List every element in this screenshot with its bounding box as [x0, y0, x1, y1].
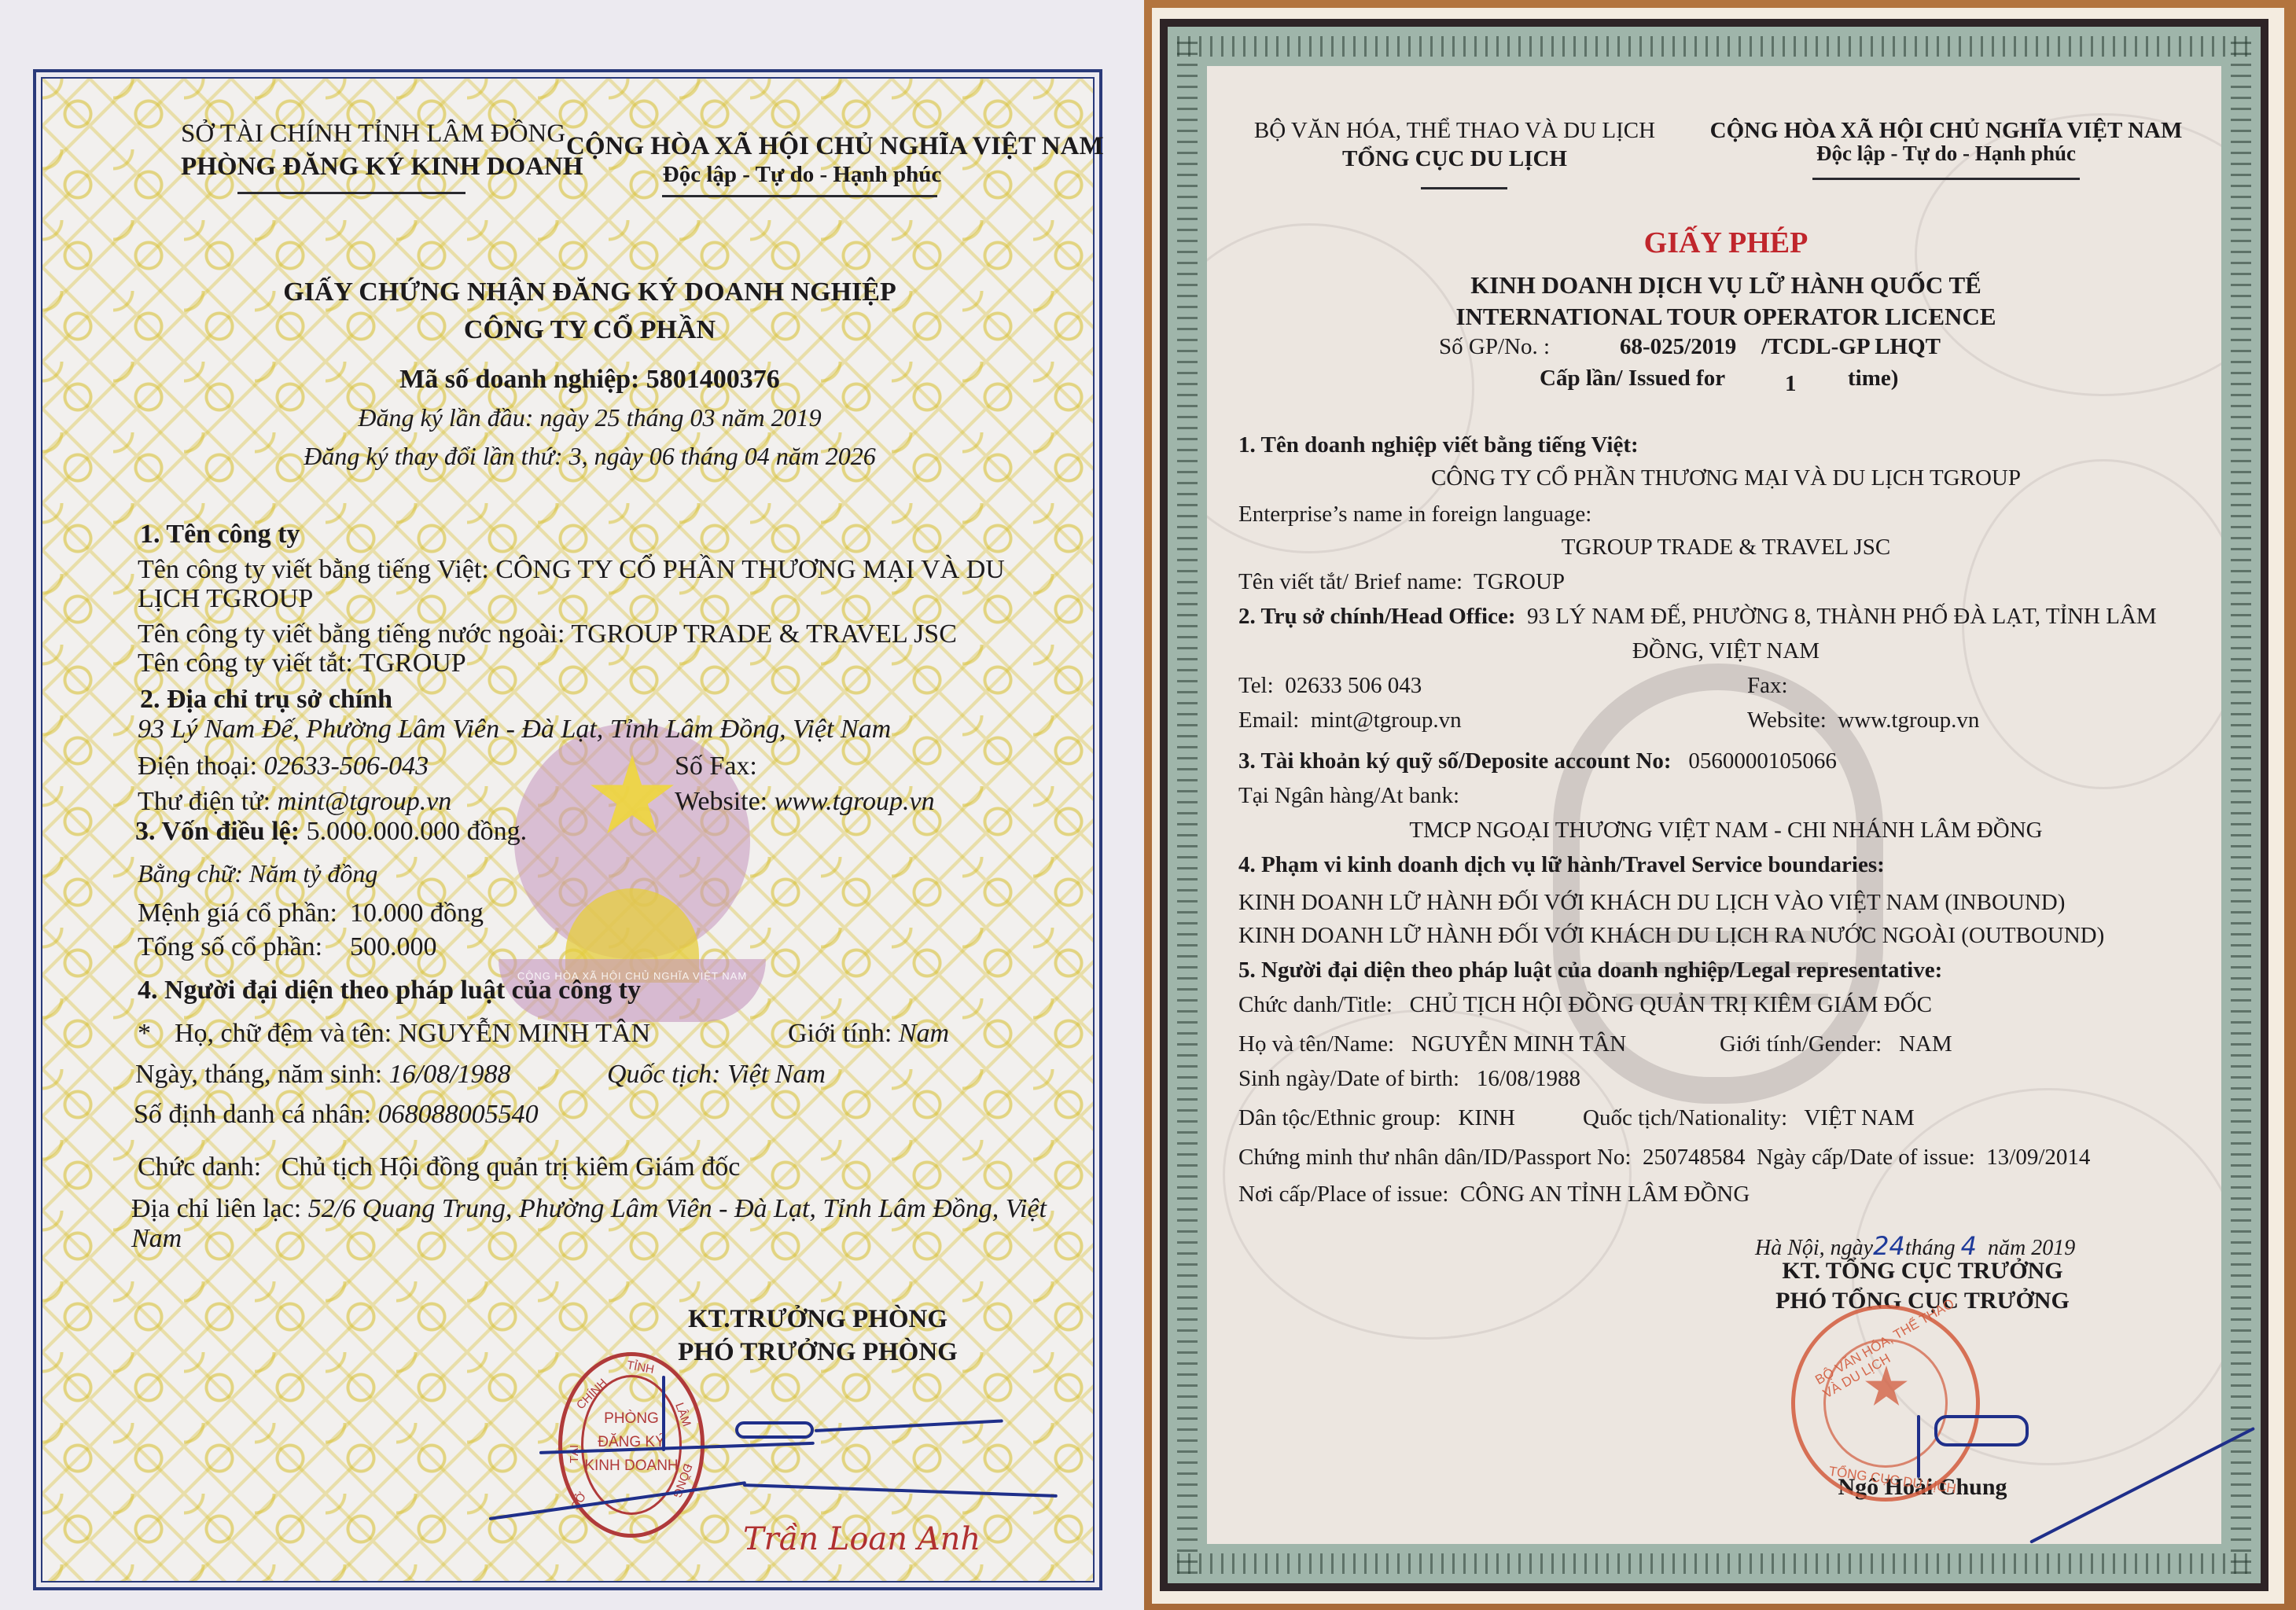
id-label: Chứng minh thư nhân dân/ID/Passport No: — [1238, 1145, 1631, 1170]
website-row: Website: www.tgroup.vn — [1747, 708, 1979, 733]
business-registration-certificate: CỘNG HÒA XÃ HỘI CHỦ NGHĨA VIỆT NAM SỞ TÀ… — [0, 0, 1144, 1610]
handwritten-month: 4 — [1961, 1231, 1977, 1261]
service-scope-item: KINH DOANH LỮ HÀNH ĐỐI VỚI KHÁCH DU LỊCH… — [1238, 890, 2065, 916]
handwritten-day: 24 — [1873, 1231, 1905, 1261]
issued-count: 1 — [1785, 371, 1797, 397]
certificate-title: GIẤY CHỨNG NHẬN ĐĂNG KÝ DOANH NGHIỆP — [0, 277, 1179, 307]
dob-row: Ngày, tháng, năm sinh: 16/08/1988 — [135, 1059, 511, 1090]
website-label: Website: — [1747, 708, 1827, 733]
brief-name-value: TGROUP — [1474, 569, 1565, 594]
id-row: Chứng minh thư nhân dân/ID/Passport No: … — [1238, 1145, 2090, 1171]
issued-suffix: time) — [1848, 366, 1898, 391]
gender-value: Nam — [899, 1019, 949, 1048]
dob-label: Sinh ngày/Date of birth: — [1238, 1066, 1459, 1091]
foreign-name-label: Enterprise’s name in foreign language: — [1238, 502, 1591, 527]
header-underline-right — [1812, 178, 2080, 180]
tourism-administration: TỔNG CỤC DU LỊCH — [1219, 146, 1691, 172]
change-registration-date: Đăng ký thay đổi lần thứ: 3, ngày 06 thá… — [0, 442, 1179, 471]
dob-row: Sinh ngày/Date of birth: 16/08/1988 — [1238, 1066, 1580, 1092]
place-of-issue-value: CÔNG AN TỈNH LÂM ĐỒNG — [1460, 1182, 1750, 1207]
total-shares: 500.000 — [350, 932, 437, 962]
signature-title-1: KT.TRƯỞNG PHÒNG — [645, 1305, 991, 1335]
nationality-value: VIỆT NAM — [1804, 1105, 1914, 1130]
nationality-label: Quốc tịch/Nationality: — [1583, 1105, 1787, 1130]
fax-label: Fax: — [1747, 673, 1788, 699]
section-2-heading: 2. Địa chỉ trụ sở chính — [140, 684, 392, 715]
section-1-heading: 1. Tên công ty — [140, 519, 300, 550]
rep-title-label: Chức danh/Title: — [1238, 992, 1393, 1017]
contact-address-value: 52/6 Quang Trung, Phường Lâm Viên - Đà L… — [308, 1194, 1047, 1223]
licence-subtitle-en: INTERNATIONAL TOUR OPERATOR LICENCE — [1144, 303, 2296, 331]
email-value: mint@tgroup.vn — [1311, 708, 1462, 733]
issue-date-value: 13/09/2014 — [1986, 1145, 2090, 1170]
charter-capital-row: 3. Vốn điều lệ: 5.000.000.000 đồng. — [135, 816, 527, 847]
section-5-heading: 5. Người đại diện theo pháp luật của doa… — [1238, 958, 1942, 983]
head-office-address: 93 Lý Nam Đế, Phường Lâm Viên - Đà Lạt, … — [138, 714, 891, 744]
country-name: CỘNG HÒA XÃ HỘI CHỦ NGHĨA VIỆT NAM — [1694, 118, 2198, 144]
capital-in-words: Bằng chữ: Năm tỷ đồng — [138, 859, 377, 888]
brief-name-row: Tên viết tắt/ Brief name: TGROUP — [1238, 569, 1565, 595]
header-underline-right — [662, 195, 937, 197]
company-name-vn: Tên công ty viết bằng tiếng Việt: CÔNG T… — [138, 554, 1005, 585]
nationality-row: Quốc tịch/Nationality: VIỆT NAM — [1583, 1105, 1915, 1131]
country-motto: Độc lập - Tự do - Hạnh phúc — [1694, 142, 2198, 166]
rep-title-value: CHỦ TỊCH HỘI ĐỒNG QUẢN TRỊ KIÊM GIÁM ĐỐC — [1410, 992, 1932, 1017]
company-name-short: Tên công ty viết tắt: TGROUP — [138, 648, 466, 678]
header-underline-left — [1421, 187, 1507, 189]
contact-address-cont: Nam — [131, 1223, 182, 1254]
rep-title-value: Chủ tịch Hội đồng quản trị kiêm Giám đốc — [281, 1152, 741, 1182]
bullet: * — [138, 1018, 151, 1049]
authority-name: SỞ TÀI CHÍNH TỈNH LÂM ĐỒNG — [181, 119, 550, 149]
deposit-account-no: 0560000105066 — [1688, 748, 1837, 774]
gender-value: NAM — [1899, 1031, 1952, 1057]
signer-name: Trần Loan Anh — [743, 1521, 981, 1557]
place-of-issue-row: Nơi cấp/Place of issue: CÔNG AN TỈNH LÂM… — [1238, 1182, 1750, 1207]
country-motto: Độc lập - Tự do - Hạnh phúc — [566, 162, 1038, 188]
rep-name-row: Họ và tên/Name: NGUYỄN MINH TÂN — [1238, 1031, 1626, 1057]
brief-name-label: Tên viết tắt/ Brief name: — [1238, 569, 1463, 594]
section-3-heading: 3. Tài khoản ký quỹ số/Deposite account … — [1238, 748, 1672, 774]
gender-label: Giới tính: — [788, 1019, 892, 1048]
signature-title-1: KT. TỔNG CỤC TRƯỞNG — [1742, 1258, 2103, 1285]
website-value: www.tgroup.vn — [1838, 708, 1979, 733]
phone-value: 02633-506-043 — [264, 752, 429, 781]
year-text: năm 2019 — [1988, 1236, 2075, 1260]
email-label: Email: — [1238, 708, 1299, 733]
section-2-heading: 2. Trụ sở chính/Head Office: — [1238, 604, 1516, 629]
enterprise-name-vn: CÔNG TY CỔ PHẦN THƯƠNG MẠI VÀ DU LỊCH TG… — [1144, 465, 2296, 491]
rep-name-label: Họ, chữ đệm và tên: — [175, 1019, 392, 1048]
gender-row: Giới tính/Gender: NAM — [1720, 1031, 1952, 1057]
rep-title-row: Chức danh: Chủ tịch Hội đồng quản trị ki… — [138, 1152, 740, 1182]
email-value: mint@tgroup.vn — [278, 787, 452, 816]
fax-label: Số Fax: — [675, 751, 757, 781]
first-registration-date: Đăng ký lần đầu: ngày 25 tháng 03 năm 20… — [0, 403, 1179, 432]
contact-address-row: Địa chỉ liên lạc: 52/6 Quang Trung, Phườ… — [131, 1193, 1047, 1224]
ministry-name: BỘ VĂN HÓA, THỂ THAO VÀ DU LỊCH — [1219, 118, 1691, 144]
signature-title-2: PHÓ TRƯỞNG PHÒNG — [645, 1338, 991, 1368]
issued-for-label: Cấp lần/ Issued for — [1540, 366, 1725, 391]
par-value: 10.000 đồng — [350, 898, 484, 928]
contact-address-label: Địa chỉ liên lạc: — [131, 1194, 301, 1223]
official-seal-stamp: PHÒNG ĐĂNG KÝ KINH DOANH SỞ TÀI CHÍNH TỈ… — [558, 1352, 705, 1538]
section-4-heading: 4. Phạm vi kinh doanh dịch vụ lữ hành/Tr… — [1238, 852, 1885, 878]
tour-operator-licence: BỘ VĂN HÓA, THỂ THAO VÀ DU LỊCH TỔNG CỤC… — [1144, 0, 2296, 1610]
dob-value: 16/08/1988 — [1477, 1066, 1580, 1091]
head-office-address-cont: ĐỒNG, VIỆT NAM — [1144, 638, 2296, 664]
rep-name-value: NGUYỄN MINH TÂN — [399, 1019, 650, 1048]
nationality: Quốc tịch: Việt Nam — [607, 1059, 826, 1090]
rep-name-row: Họ, chữ đệm và tên: NGUYỄN MINH TÂN — [175, 1018, 650, 1049]
website-label: Website: — [675, 787, 767, 816]
phone-row: Điện thoại: 02633-506-043 — [138, 751, 429, 781]
tel-label: Tel: — [1238, 673, 1274, 698]
tel-row: Tel: 02633 506 043 — [1238, 673, 1422, 699]
email-label: Thư điện tử: — [138, 787, 270, 816]
ethnic-row: Dân tộc/Ethnic group: KINH — [1238, 1105, 1515, 1131]
country-name: CỘNG HÒA XÃ HỘI CHỦ NGHĨA VIỆT NAM — [566, 132, 1038, 162]
total-shares-label: Tổng số cổ phần: — [138, 932, 322, 962]
gender-row: Giới tính: Nam — [788, 1018, 949, 1049]
rep-name-value: NGUYỄN MINH TÂN — [1411, 1031, 1626, 1057]
issue-date-label: Ngày cấp/Date of issue: — [1757, 1145, 1975, 1170]
email-row: Email: mint@tgroup.vn — [1238, 708, 1462, 733]
id-value: 250748584 — [1643, 1145, 1746, 1170]
place-date-row: Hà Nội, ngày24tháng 4 năm 2019 — [1755, 1232, 2075, 1261]
rep-title-label: Chức danh: — [138, 1152, 261, 1182]
section-4-heading: 4. Người đại diện theo pháp luật của côn… — [138, 975, 641, 1005]
bank-name: TMCP NGOẠI THƯƠNG VIỆT NAM - CHI NHÁNH L… — [1144, 818, 2296, 844]
enterprise-code: Mã số doanh nghiệp: 5801400376 — [0, 364, 1179, 395]
section-1-heading: 1. Tên doanh nghiệp viết bằng tiếng Việt… — [1238, 432, 1639, 458]
tel-value: 02633 506 043 — [1285, 673, 1422, 698]
par-value-label: Mệnh giá cổ phần: — [138, 898, 337, 928]
rep-name-label: Họ và tên/Name: — [1238, 1031, 1394, 1057]
place-date-prefix: Hà Nội, ngày — [1755, 1236, 1873, 1260]
section-3-heading: 3. Vốn điều lệ: — [135, 817, 300, 846]
tourism-official-seal: BỘ VĂN HÓA, THỂ THAO VÀ DU LỊCH TỔNG CỤC… — [1791, 1305, 1980, 1502]
rep-title-row: Chức danh/Title: CHỦ TỊCH HỘI ĐỒNG QUẢN … — [1238, 992, 1932, 1018]
company-name-foreign: Tên công ty viết bằng tiếng nước ngoài: … — [138, 619, 957, 649]
personal-id-value: 068088005540 — [378, 1100, 539, 1129]
dob-label: Ngày, tháng, năm sinh: — [135, 1060, 382, 1089]
head-office-address: 93 LÝ NAM ĐẾ, PHƯỜNG 8, THÀNH PHỐ ĐÀ LẠT… — [1527, 604, 2157, 629]
personal-id-label: Số định danh cá nhân: — [134, 1100, 371, 1129]
authority-office: PHÒNG ĐĂNG KÝ KINH DOANH — [181, 153, 550, 182]
head-office-row: 2. Trụ sở chính/Head Office: 93 LÝ NAM Đ… — [1238, 604, 2157, 630]
website-value: www.tgroup.vn — [775, 787, 935, 816]
month-word: tháng — [1905, 1236, 1956, 1260]
email-row: Thư điện tử: mint@tgroup.vn — [138, 786, 451, 817]
dob-value: 16/08/1988 — [389, 1060, 511, 1089]
licence-title: GIẤY PHÉP — [1144, 226, 2296, 261]
enterprise-name-foreign: TGROUP TRADE & TRAVEL JSC — [1144, 535, 2296, 561]
personal-id-row: Số định danh cá nhân: 068088005540 — [134, 1099, 539, 1130]
phone-label: Điện thoại: — [138, 752, 257, 781]
licence-subtitle-vn: KINH DOANH DỊCH VỤ LỮ HÀNH QUỐC TẾ — [1144, 271, 2296, 300]
licence-number-suffix: /TCDL-GP LHQT — [1761, 334, 1941, 360]
ethnic-value: KINH — [1458, 1105, 1515, 1130]
service-scope-item: KINH DOANH LỮ HÀNH ĐỐI VỚI KHÁCH DU LỊCH… — [1238, 923, 2104, 949]
website-row: Website: www.tgroup.vn — [675, 786, 935, 817]
company-type: CÔNG TY CỔ PHẦN — [0, 314, 1179, 345]
bank-label: Tại Ngân hàng/At bank: — [1238, 783, 1459, 809]
company-name-vn-cont: LỊCH TGROUP — [138, 583, 313, 614]
deposit-account-row: 3. Tài khoản ký quỹ số/Deposite account … — [1238, 748, 1837, 774]
ethnic-label: Dân tộc/Ethnic group: — [1238, 1105, 1441, 1130]
charter-capital-value: 5.000.000.000 đồng. — [307, 817, 528, 846]
gender-label: Giới tính/Gender: — [1720, 1031, 1882, 1057]
licence-number-label: Số GP/No. : — [1439, 334, 1550, 360]
header-underline-left — [237, 192, 465, 194]
licence-number-value: 68-025/2019 — [1620, 334, 1736, 360]
place-of-issue-label: Nơi cấp/Place of issue: — [1238, 1182, 1448, 1207]
